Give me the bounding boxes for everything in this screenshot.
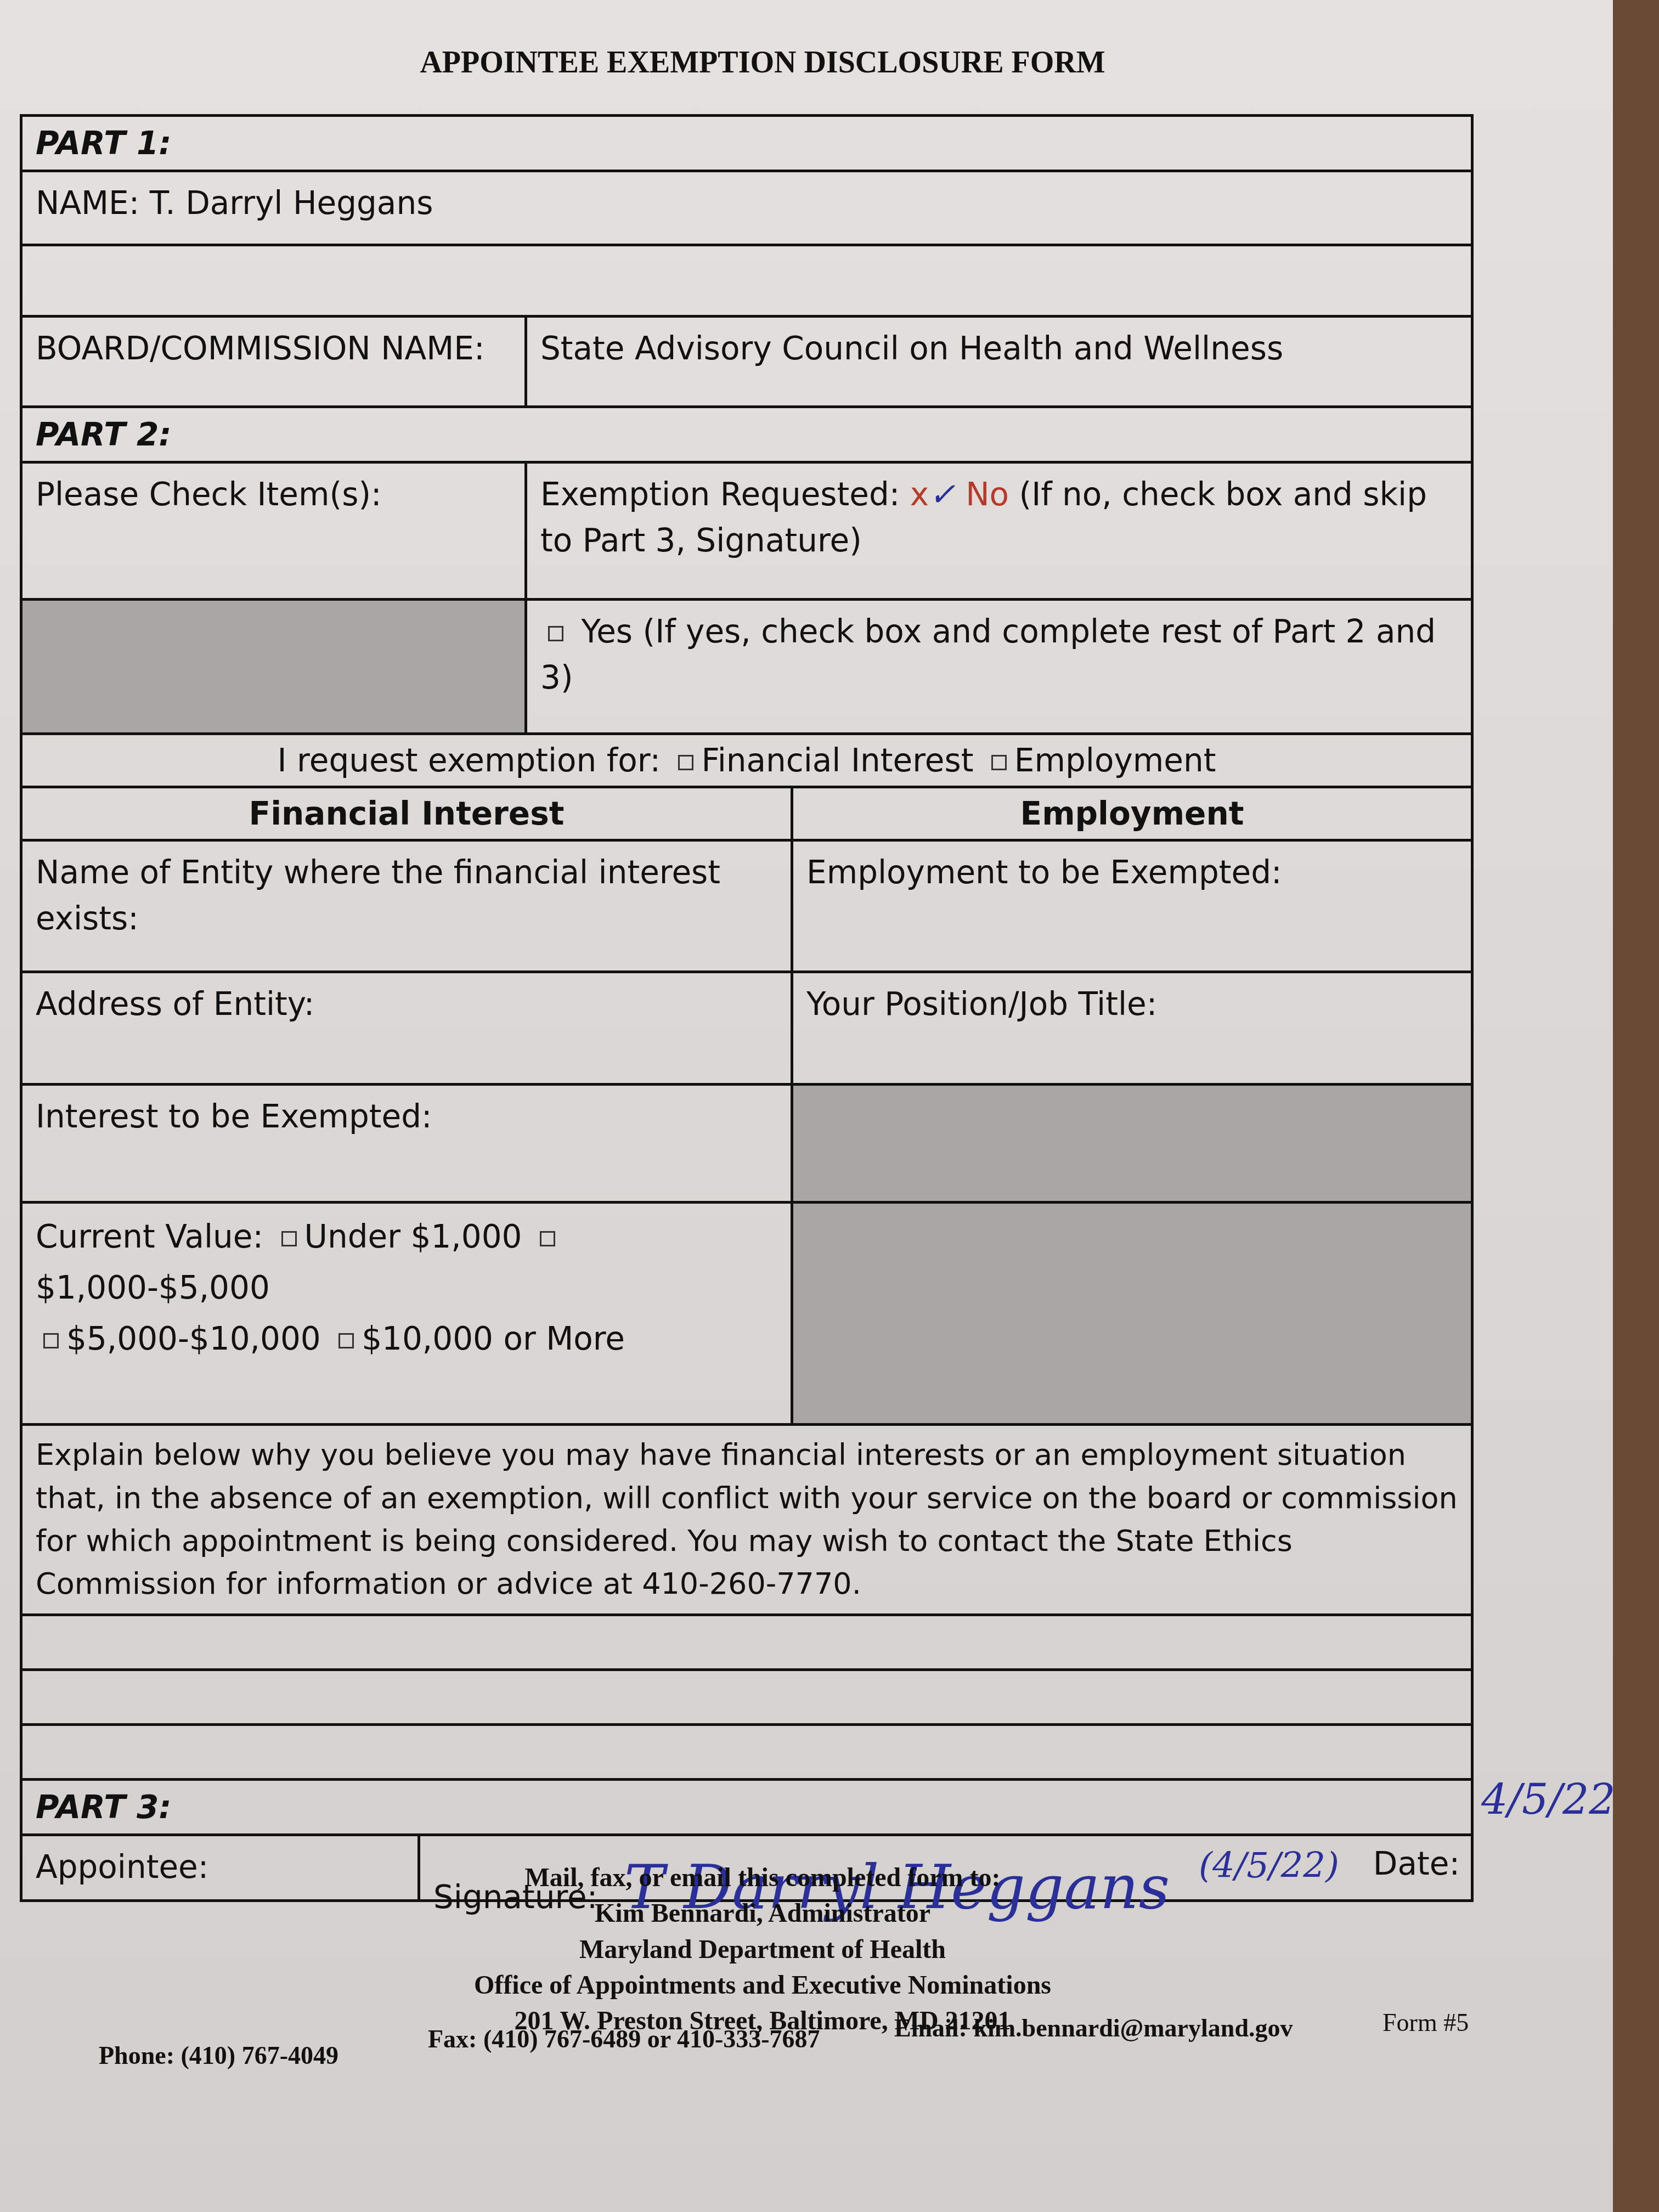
- request-cell: I request exemption for: Financial Inter…: [22, 735, 1471, 786]
- part1-label: PART 1:: [22, 117, 1471, 170]
- yes-checkbox[interactable]: [548, 626, 563, 641]
- current-value-cell: Current Value: Under $1,000 $1,000-$5,00…: [22, 1204, 791, 1423]
- entity-address-field[interactable]: Address of Entity:: [22, 973, 791, 1083]
- phone: Phone: (410) 767-4049: [99, 2041, 338, 2070]
- no-checkbox[interactable]: ✓: [929, 476, 956, 513]
- value-checkbox[interactable]: [338, 1333, 354, 1348]
- check-items-label: Please Check Item(s):: [22, 464, 524, 598]
- name-field[interactable]: NAME: T. Darryl Heggans: [22, 172, 1471, 244]
- employment-checkbox[interactable]: [991, 755, 1007, 770]
- footer-line: Mail, fax, or email this completed form …: [0, 1860, 1525, 1895]
- part2-label: PART 2:: [22, 408, 1471, 461]
- exemption-label: Exemption Requested:: [540, 476, 900, 513]
- yes-option: Yes: [581, 613, 633, 650]
- value-row: Current Value: Under $1,000 $1,000-$5,00…: [20, 1204, 1474, 1426]
- date-value[interactable]: 4/5/22: [1481, 1775, 1616, 1824]
- shaded-cell: [791, 1204, 1471, 1423]
- entity-row: Name of Entity where the financial inter…: [20, 842, 1474, 973]
- blank-row: [20, 246, 1474, 318]
- value-checkbox[interactable]: [281, 1231, 297, 1246]
- value-option: $10,000 or More: [362, 1320, 625, 1357]
- employment-option: Employment: [1014, 742, 1216, 779]
- value-option: $1,000-$5,000: [36, 1269, 270, 1306]
- headers-row: Financial Interest Employment: [20, 788, 1474, 842]
- employment-header: Employment: [791, 788, 1471, 839]
- financial-checkbox[interactable]: [678, 755, 693, 770]
- form-grid: PART 1: NAME: T. Darryl Heggans BOARD/CO…: [20, 114, 1474, 1902]
- value-option: Under $1,000: [304, 1218, 522, 1255]
- shaded-cell: [791, 1086, 1471, 1201]
- exemption-yes-cell: Yes (If yes, check box and complete rest…: [524, 601, 1471, 732]
- part2-row: PART 2:: [20, 408, 1474, 464]
- explain-line[interactable]: [20, 1726, 1474, 1781]
- form-number: Form #5: [1383, 2008, 1469, 2037]
- name-row: NAME: T. Darryl Heggans: [20, 172, 1474, 246]
- form-title: APPOINTEE EXEMPTION DISCLOSURE FORM: [0, 45, 1525, 80]
- footer-line: Kim Bennardi, Administrator: [0, 1895, 1525, 1931]
- part3-row: PART 3:: [20, 1781, 1474, 1836]
- board-label: BOARD/COMMISSION NAME:: [22, 318, 524, 405]
- address-row: Address of Entity: Your Position/Job Tit…: [20, 973, 1474, 1086]
- financial-option: Financial Interest: [701, 742, 973, 779]
- no-option: No: [966, 476, 1009, 513]
- exemption-no-cell: Exemption Requested: x✓ No (If no, check…: [524, 464, 1471, 598]
- part1-row: PART 1:: [20, 114, 1474, 172]
- part3-label: PART 3:: [22, 1781, 1471, 1833]
- explain-line[interactable]: [20, 1671, 1474, 1726]
- form-page: APPOINTEE EXEMPTION DISCLOSURE FORM PART…: [0, 0, 1613, 2212]
- mailing-instructions: Mail, fax, or email this completed form …: [0, 1860, 1525, 2039]
- no-mark: x: [910, 476, 929, 513]
- footer-line: Maryland Department of Health: [0, 1932, 1525, 1967]
- exemption-no-row: Please Check Item(s): Exemption Requeste…: [20, 464, 1474, 601]
- explain-row: Explain below why you believe you may ha…: [20, 1426, 1474, 1616]
- yes-text: (If yes, check box and complete rest of …: [540, 613, 1436, 696]
- exemption-yes-row: Yes (If yes, check box and complete rest…: [20, 601, 1474, 735]
- board-value[interactable]: State Advisory Council on Health and Wel…: [524, 318, 1471, 405]
- name-label: NAME:: [36, 184, 139, 222]
- fax: Fax: (410) 767-6489 or 410-333-7687: [428, 2024, 820, 2053]
- name-value: T. Darryl Heggans: [150, 184, 433, 222]
- explain-text: Explain below why you believe you may ha…: [22, 1426, 1471, 1613]
- interest-row: Interest to be Exempted:: [20, 1086, 1474, 1204]
- request-row: I request exemption for: Financial Inter…: [20, 735, 1474, 788]
- financial-header: Financial Interest: [22, 788, 791, 839]
- employment-exempt-field[interactable]: Employment to be Exempted:: [791, 842, 1471, 970]
- position-field[interactable]: Your Position/Job Title:: [791, 973, 1471, 1083]
- value-option: $5,000-$10,000: [66, 1320, 321, 1357]
- value-checkbox[interactable]: [540, 1231, 555, 1246]
- interest-field[interactable]: Interest to be Exempted:: [22, 1086, 791, 1201]
- footer-line: Office of Appointments and Executive Nom…: [0, 1967, 1525, 2003]
- email[interactable]: Email: kim.bennardi@maryland.gov: [894, 2013, 1293, 2042]
- request-label: I request exemption for:: [278, 742, 661, 779]
- board-row: BOARD/COMMISSION NAME: State Advisory Co…: [20, 318, 1474, 408]
- shaded-cell: [22, 601, 524, 732]
- current-value-label: Current Value:: [36, 1218, 263, 1255]
- explain-line[interactable]: [20, 1616, 1474, 1671]
- value-checkbox[interactable]: [43, 1333, 59, 1348]
- entity-name-field[interactable]: Name of Entity where the financial inter…: [22, 842, 791, 970]
- blank-cell: [22, 246, 1471, 315]
